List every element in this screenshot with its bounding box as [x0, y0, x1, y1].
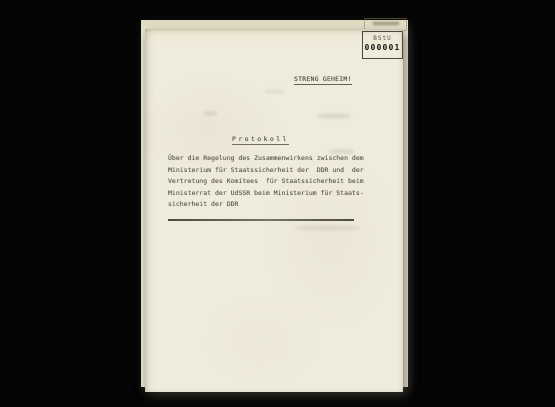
pencil-smudge: [265, 89, 285, 94]
document-title: Protokoll: [232, 135, 289, 145]
paragraph-line: sicherheit der DDR: [168, 199, 364, 211]
paragraph-line: Vertretung des Komitees für Staatssicher…: [168, 176, 364, 188]
horizontal-rule: [168, 219, 354, 221]
paragraph-line: Ministerrat der UdSSR beim Ministerium f…: [168, 188, 364, 200]
document-paragraph: Über die Regelung des Zusammenwirkens zw…: [168, 153, 364, 211]
bstu-stamp: BStU 000001: [362, 31, 403, 59]
bstu-stamp-number: 000001: [363, 43, 402, 52]
pencil-smudge: [317, 113, 351, 119]
classification-marking: STRENG GEHEIM!: [294, 75, 352, 85]
bstu-stamp-label: BStU: [363, 35, 402, 42]
paragraph-line: Über die Regelung des Zusammenwirkens zw…: [168, 153, 364, 165]
pencil-smudge: [203, 111, 217, 116]
paragraph-line: Ministerium für Staatssicherheit der DDR…: [168, 165, 364, 177]
partial-stamp-smudge: [373, 22, 399, 25]
pencil-smudge: [329, 149, 355, 154]
pencil-smudge: [295, 225, 359, 231]
scan-backdrop: BStU 000001 STRENG GEHEIM! Protokoll Übe…: [0, 0, 555, 407]
document-page: BStU 000001 STRENG GEHEIM! Protokoll Übe…: [145, 29, 403, 392]
